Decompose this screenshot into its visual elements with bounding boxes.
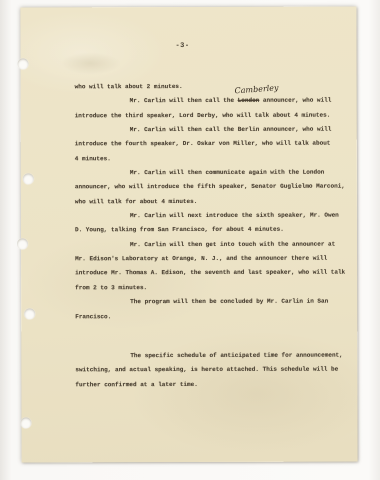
typed-line: announcer, who will introduce the fifth … bbox=[75, 180, 351, 195]
typed-line: introduce Mr. Thomas A. Edison, the seve… bbox=[75, 266, 351, 281]
document-page: -3- who will talk about 2 minutes.Mr. Ca… bbox=[20, 7, 357, 463]
punch-hole bbox=[17, 238, 28, 249]
typed-line: Mr. Edison's Laboratory at Orange, N. J.… bbox=[75, 252, 351, 267]
typed-line: introduce the fourth speaker, Dr. Oskar … bbox=[75, 137, 351, 152]
typed-line: from 2 to 3 minutes. bbox=[75, 280, 351, 295]
punch-hole bbox=[24, 308, 35, 319]
punch-hole bbox=[22, 173, 33, 184]
page-number: -3- bbox=[160, 42, 204, 50]
typed-line: The program will then be concluded by Mr… bbox=[75, 295, 351, 310]
typed-text-segment: Mr. Carlin will then call the bbox=[130, 97, 238, 104]
typed-text-block: who will talk about 2 minutes.Mr. Carlin… bbox=[75, 80, 352, 393]
typed-line: introduce the third speaker, Lord Derby,… bbox=[75, 108, 351, 123]
typed-line: Francisco. bbox=[75, 309, 351, 324]
typed-line: switching, and actual speaking, is heret… bbox=[75, 363, 351, 378]
typed-line: The specific schedule of anticipated tim… bbox=[75, 348, 351, 363]
typed-text-segment: announcer, who will bbox=[259, 97, 331, 104]
scan-background: { "colors": { "paper": "#ece3c6", "ink":… bbox=[0, 0, 380, 480]
struck-word: LondonCamberley bbox=[238, 97, 260, 104]
punch-hole bbox=[17, 58, 28, 69]
typed-line: Mr. Carlin will then call the LondonCamb… bbox=[75, 94, 351, 109]
typed-line: further confirmed at a later time. bbox=[75, 377, 351, 392]
paper-smudge bbox=[61, 52, 121, 74]
typed-line: who will talk about 2 minutes. bbox=[75, 80, 351, 95]
typed-line: Mr. Carlin will then call the Berlin ann… bbox=[75, 123, 351, 138]
typed-line: Mr. Carlin will then communicate again w… bbox=[75, 166, 351, 181]
typed-line: who will talk for about 4 minutes. bbox=[75, 194, 351, 209]
typed-line: D. Young, talking from San Francisco, fo… bbox=[75, 223, 351, 238]
typed-line: 4 minutes. bbox=[75, 151, 351, 166]
typed-line: Mr. Carlin will next introduce the sixth… bbox=[75, 209, 351, 224]
punch-hole bbox=[20, 417, 31, 428]
typed-line: Mr. Carlin will then get into touch with… bbox=[75, 237, 351, 252]
